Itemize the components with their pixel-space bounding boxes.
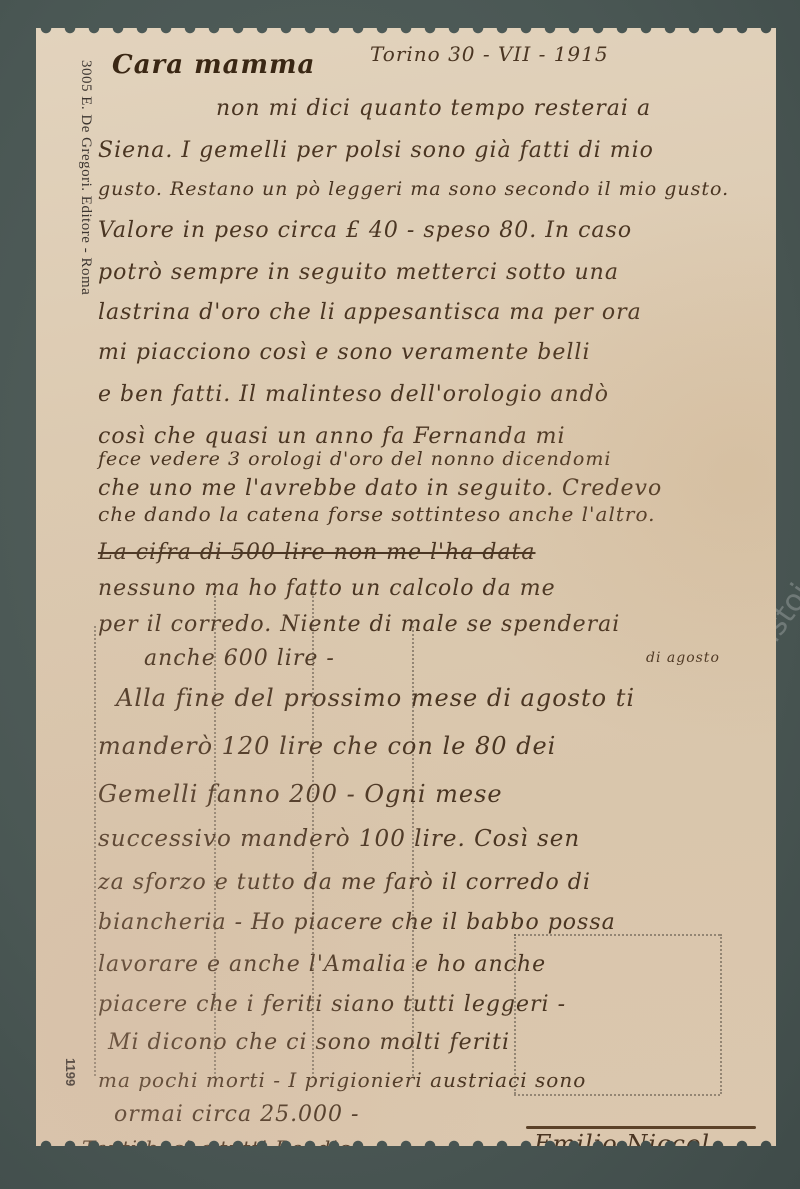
letter-line: così che quasi un anno fa Fernanda mi — [98, 424, 566, 449]
letter-line: Siena. I gemelli per polsi sono già fatt… — [98, 138, 654, 163]
signature-underline — [526, 1126, 756, 1129]
letter-line: che dando la catena forse sottinteso anc… — [98, 502, 656, 526]
place-date: Torino 30 - VII - 1915 — [370, 42, 609, 66]
letter-line: piacere che i feriti siano tutti leggeri… — [98, 992, 566, 1017]
letter-line: mi piacciono così e sono veramente belli — [98, 340, 591, 365]
letter-line: Alla fine del prossimo mese di agosto ti — [116, 684, 635, 712]
letter-line: potrò sempre in seguito metterci sotto u… — [98, 260, 619, 285]
letter-line: Valore in peso circa £ 40 - speso 80. In… — [98, 218, 632, 243]
letter-line: fece vedere 3 orologi d'oro del nonno di… — [98, 448, 611, 470]
letter-line: anche 600 lire - — [144, 646, 335, 671]
letter-line: Mi dicono che ci sono molti feriti — [108, 1030, 510, 1055]
serial-number: 1199 — [63, 1058, 78, 1086]
guide-line — [94, 626, 96, 1076]
letter-line: per il corredo. Niente di male se spende… — [98, 612, 620, 637]
postcard: 3005 E. De Gregori. Editore - Roma 1199 … — [36, 28, 776, 1146]
letter-line: ormai circa 25.000 - — [114, 1102, 359, 1127]
letter-line: nessuno ma ho fatto un calcolo da me — [98, 576, 556, 601]
letter-line: lastrina d'oro che li appesantisca ma pe… — [98, 300, 642, 325]
letter-line: Gemelli fanno 200 - Ogni mese — [98, 780, 503, 808]
stamp-box-bottom — [514, 1094, 720, 1096]
margin-note: di agosto — [646, 650, 720, 666]
publisher-imprint: 3005 E. De Gregori. Editore - Roma — [77, 60, 94, 295]
letter-line: lavorare e anche l'Amalia e ho anche — [98, 952, 546, 977]
letter-line: successivo manderò 100 lire. Così sen — [98, 826, 580, 852]
letter-line: che uno me l'avrebbe dato in seguito. Cr… — [98, 476, 662, 501]
letter-line: biancheria - Ho piacere che il babbo pos… — [98, 910, 616, 935]
letter-line: gusto. Restano un pò leggeri ma sono sec… — [98, 178, 729, 200]
letter-line: manderò 120 lire che con le 80 dei — [98, 732, 556, 760]
letter-line: za sforzo e tutto da me farò il corredo … — [98, 870, 591, 895]
letter-line: e ben fatti. Il malinteso dell'orologio … — [98, 382, 609, 407]
letter-line-struck: La cifra di 500 lire non me l'ha data — [98, 540, 536, 565]
stamp-box-right — [720, 934, 722, 1094]
greeting: Cara mamma — [112, 50, 315, 80]
letter-line: ma pochi morti - I prigionieri austriaci… — [98, 1068, 586, 1092]
letter-line: non mi dici quanto tempo resterai a — [216, 96, 651, 121]
